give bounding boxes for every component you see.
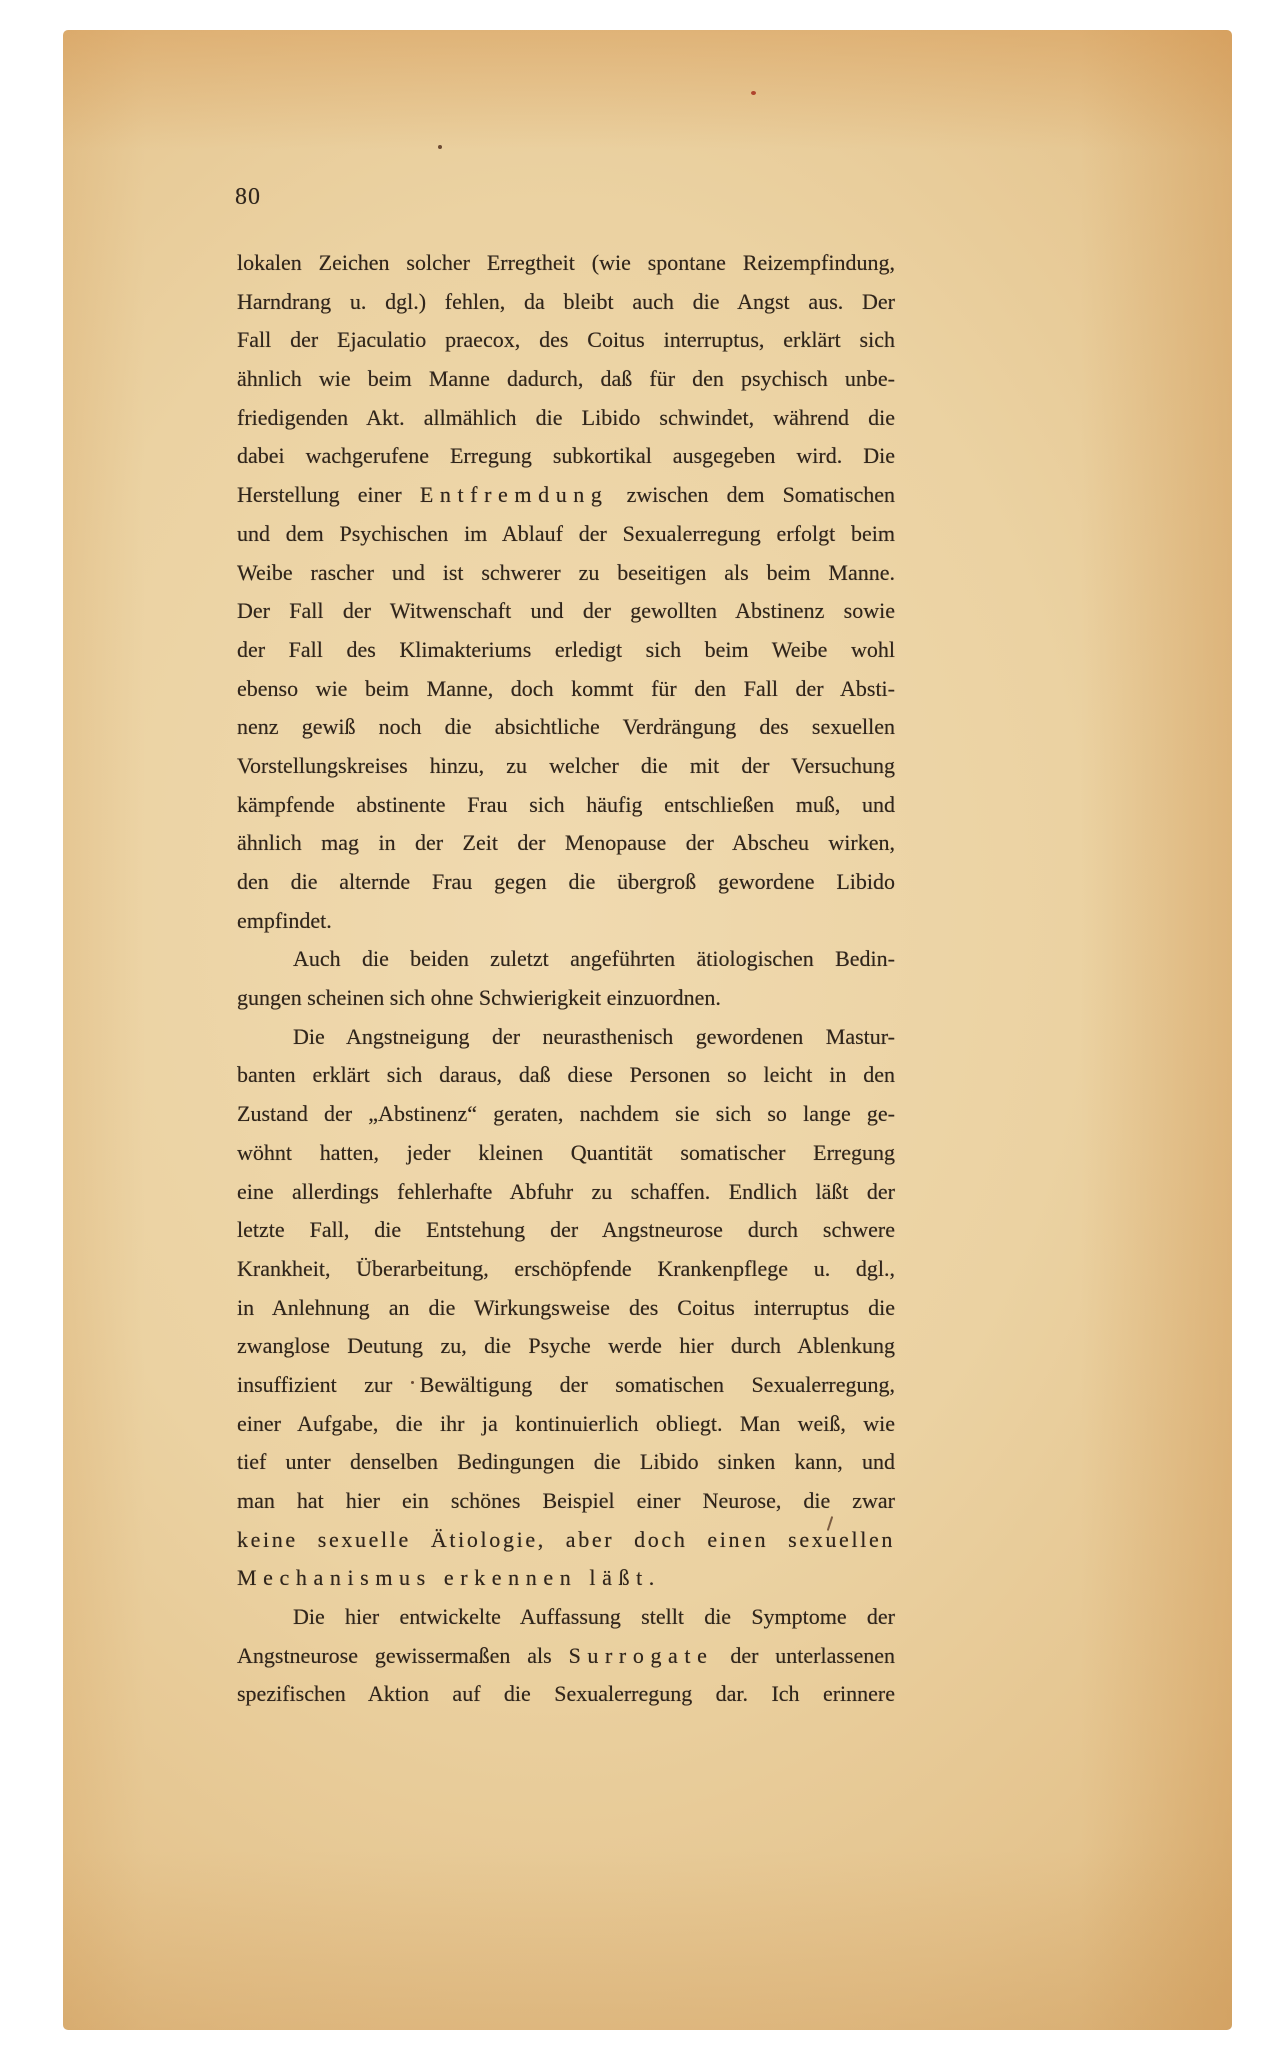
text-segment: den die alternde Frau gegen die übergroß… <box>237 869 895 894</box>
text-segment: ähnlich mag in der Zeit der Menopause de… <box>237 830 895 855</box>
text-line: Herstellung einer Entfremdung zwischen d… <box>237 476 895 515</box>
text-line: wöhnt hatten, jeder kleinen Quantität so… <box>237 1134 895 1173</box>
text-line: ebenso wie beim Manne, doch kommt für de… <box>237 670 895 709</box>
text-segment: Die hier entwickelte Auffassung stellt d… <box>293 1604 895 1629</box>
text-line: einer Aufgabe, die ihr ja kontinuierlich… <box>237 1405 895 1444</box>
text-line: insuffizient zur Bewältigung der somatis… <box>237 1366 895 1405</box>
text-line: eine allerdings fehlerhafte Abfuhr zu sc… <box>237 1173 895 1212</box>
text-line: man hat hier ein schönes Beispiel einer … <box>237 1482 895 1521</box>
text-segment: der unterlassenen <box>714 1643 896 1668</box>
text-segment: in Anlehnung an die Wirkungsweise des Co… <box>237 1295 895 1320</box>
text-line: lokalen Zeichen solcher Erregtheit (wie … <box>237 244 895 283</box>
text-line: spezifischen Aktion auf die Sexualerregu… <box>237 1675 895 1714</box>
text-segment: Angstneurose gewissermaßen als <box>237 1643 569 1668</box>
text-line: dabei wachgerufene Erregung subkortikal … <box>237 437 895 476</box>
text-segment: keine sexuelle Ätiologie, aber doch eine… <box>237 1527 895 1552</box>
text-segment: letzte Fall, die Entstehung der Angstneu… <box>237 1217 895 1242</box>
text-segment: nenz gewiß noch die absichtliche Verdrän… <box>237 714 895 739</box>
text-segment: tief unter denselben Bedingungen die Lib… <box>237 1449 895 1474</box>
book-page: 80 lokalen Zeichen solcher Erregtheit (w… <box>63 30 1232 2030</box>
text-segment: friedigenden Akt. allmählich die Libido … <box>237 405 895 430</box>
text-segment: gungen scheinen sich ohne Schwierigkeit … <box>237 985 721 1010</box>
text-line: nenz gewiß noch die absichtliche Verdrän… <box>237 708 895 747</box>
text-line: banten erklärt sich daraus, daß diese Pe… <box>237 1056 895 1095</box>
text-line: Die hier entwickelte Auffassung stellt d… <box>237 1598 895 1637</box>
text-segment: Entfremdung <box>420 482 609 507</box>
text-segment: Zustand der „Abstinenz“ geraten, nachdem… <box>237 1101 895 1126</box>
paper-speck <box>411 1381 414 1384</box>
text-segment: kämpfende abstinente Frau sich häufig en… <box>237 792 895 817</box>
text-segment: Vorstellungskreises hinzu, zu welcher di… <box>237 753 895 778</box>
text-segment: Surrogate <box>569 1643 714 1668</box>
page-number: 80 <box>235 184 261 211</box>
text-line: in Anlehnung an die Wirkungsweise des Co… <box>237 1289 895 1328</box>
text-segment: spezifischen Aktion auf die Sexualerregu… <box>237 1681 895 1706</box>
text-line: zwanglose Deutung zu, die Psyche werde h… <box>237 1327 895 1366</box>
text-segment: banten erklärt sich daraus, daß diese Pe… <box>237 1062 895 1087</box>
text-line: letzte Fall, die Entstehung der Angstneu… <box>237 1211 895 1250</box>
paper-speck <box>438 145 442 149</box>
text-line: gungen scheinen sich ohne Schwierigkeit … <box>237 979 895 1018</box>
text-line: Die Angstneigung der neurasthenisch gewo… <box>237 1018 895 1057</box>
text-segment: zwanglose Deutung zu, die Psyche werde h… <box>237 1333 895 1358</box>
text-segment: Harndrang u. dgl.) fehlen, da bleibt auc… <box>237 289 895 314</box>
text-segment: Herstellung einer <box>237 482 420 507</box>
body-text-block: lokalen Zeichen solcher Erregtheit (wie … <box>237 244 895 1714</box>
text-segment: Die Angstneigung der neurasthenisch gewo… <box>293 1024 895 1049</box>
text-line: und dem Psychischen im Ablauf der Sexual… <box>237 515 895 554</box>
text-line: Angstneurose gewissermaßen als Surrogate… <box>237 1637 895 1676</box>
text-line: der Fall des Klimakteriums erledigt sich… <box>237 631 895 670</box>
text-segment: Weibe rascher und ist schwerer zu beseit… <box>237 560 895 585</box>
text-segment: Mechanismus erkennen läßt. <box>237 1565 661 1590</box>
paper-speck <box>751 91 756 95</box>
text-segment: man hat hier ein schönes Beispiel einer … <box>237 1488 895 1513</box>
text-line: Der Fall der Witwenschaft und der gewoll… <box>237 592 895 631</box>
text-line: Zustand der „Abstinenz“ geraten, nachdem… <box>237 1095 895 1134</box>
text-segment: wöhnt hatten, jeder kleinen Quantität so… <box>237 1140 895 1165</box>
text-segment: Der Fall der Witwenschaft und der gewoll… <box>237 598 895 623</box>
text-line: Krankheit, Überarbeitung, erschöpfende K… <box>237 1250 895 1289</box>
text-segment: eine allerdings fehlerhafte Abfuhr zu sc… <box>237 1179 895 1204</box>
text-segment: ebenso wie beim Manne, doch kommt für de… <box>237 676 895 701</box>
text-segment: lokalen Zeichen solcher Erregtheit (wie … <box>237 250 895 275</box>
text-line: kämpfende abstinente Frau sich häufig en… <box>237 786 895 825</box>
text-line: friedigenden Akt. allmählich die Libido … <box>237 399 895 438</box>
text-segment: Krankheit, Überarbeitung, erschöpfende K… <box>237 1256 895 1281</box>
text-line: Weibe rascher und ist schwerer zu beseit… <box>237 554 895 593</box>
text-line: ähnlich mag in der Zeit der Menopause de… <box>237 824 895 863</box>
text-segment: einer Aufgabe, die ihr ja kontinuierlich… <box>237 1411 895 1436</box>
text-line: Harndrang u. dgl.) fehlen, da bleibt auc… <box>237 283 895 322</box>
text-line: Vorstellungskreises hinzu, zu welcher di… <box>237 747 895 786</box>
text-segment: und dem Psychischen im Ablauf der Sexual… <box>237 521 895 546</box>
text-segment: dabei wachgerufene Erregung subkortikal … <box>237 443 895 468</box>
text-segment: Auch die beiden zuletzt angeführten ätio… <box>293 946 895 971</box>
text-segment: Fall der Ejaculatio praecox, des Coitus … <box>237 327 895 352</box>
text-segment: zwischen dem Somatischen <box>609 482 895 507</box>
text-segment: empfindet. <box>237 908 332 933</box>
text-line: empfindet. <box>237 902 895 941</box>
text-segment: insuffizient zur Bewältigung der somatis… <box>237 1372 895 1397</box>
text-line: Mechanismus erkennen läßt. <box>237 1559 895 1598</box>
text-segment: ähnlich wie beim Manne dadurch, daß für … <box>237 366 895 391</box>
text-line: tief unter denselben Bedingungen die Lib… <box>237 1443 895 1482</box>
text-segment: der Fall des Klimakteriums erledigt sich… <box>237 637 895 662</box>
text-line: keine sexuelle Ätiologie, aber doch eine… <box>237 1521 895 1560</box>
text-line: den die alternde Frau gegen die übergroß… <box>237 863 895 902</box>
text-line: Auch die beiden zuletzt angeführten ätio… <box>237 940 895 979</box>
text-line: ähnlich wie beim Manne dadurch, daß für … <box>237 360 895 399</box>
text-line: Fall der Ejaculatio praecox, des Coitus … <box>237 321 895 360</box>
